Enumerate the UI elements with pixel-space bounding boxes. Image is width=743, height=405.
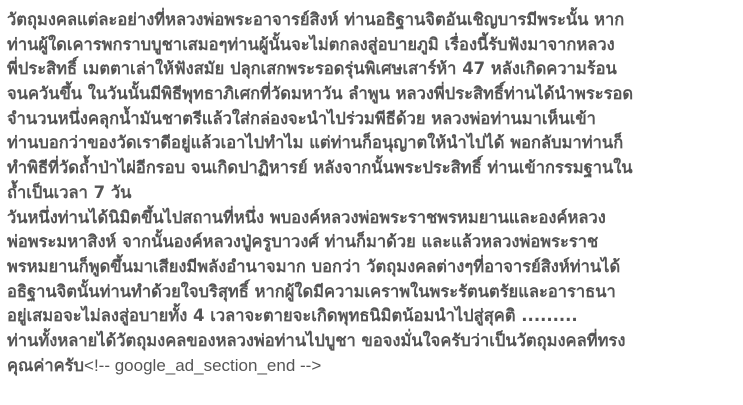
text-line: วัตถุมงคลแต่ละอย่างที่หลวงพ่อพระอาจารย์ส… [7, 8, 743, 33]
text-line: อธิฐานจิตนั้นท่านทำด้วยใจบริสุทธิ์ หากผู… [7, 280, 743, 305]
text-line: อยู่เสมอจะไม่ลงสู่อบายทั้ง 4 เวลาจะตายจะ… [7, 304, 743, 329]
text-line: จนควันขึ้น ในวันนั้นมีพิธีพุทธาภิเศกที่ว… [7, 82, 743, 107]
text-line: ทำพิธีที่วัดถ้ำป่าไผ่อีกรอบ จนเกิดปาฏิหา… [7, 156, 743, 181]
paragraph-2: วันหนึ่งท่านได้นิมิตขึ้นไปสถานที่หนึ่ง พ… [7, 206, 743, 379]
text-line: ท่านทั้งหลายได้วัตถุมงคลของหลวงพ่อท่านไป… [7, 329, 743, 354]
text-line: พรหมยานก็พูดขึ้นมาเสียงมีพลังอำนาจมาก บอ… [7, 255, 743, 280]
text-line: ถ้ำเป็นเวลา 7 วัน [7, 181, 743, 206]
paragraph-1: วัตถุมงคลแต่ละอย่างที่หลวงพ่อพระอาจารย์ส… [7, 8, 743, 206]
closing-text: คุณค่าครับ [7, 356, 84, 375]
text-line: พี่ประสิทธิ์ เมตตาเล่าให้ฟังสมัย ปลุกเสก… [7, 57, 743, 82]
text-line: วันหนึ่งท่านได้นิมิตขึ้นไปสถานที่หนึ่ง พ… [7, 206, 743, 231]
text-line: พ่อพระมหาสิงห์ จากนั้นองค์หลวงปู่ครูบาวง… [7, 230, 743, 255]
ad-section-comment-text: <!-- google_ad_section_end --> [84, 356, 321, 375]
article-body: วัตถุมงคลแต่ละอย่างที่หลวงพ่อพระอาจารย์ส… [7, 8, 743, 378]
text-line: ท่านบอกว่าของวัดเราดีอยู่แล้วเอาไปทำไม แ… [7, 131, 743, 156]
last-line: คุณค่าครับ<!-- google_ad_section_end --> [7, 354, 743, 379]
text-line: ท่านผู้ใดเคารพกราบบูชาเสมอๆท่านผู้นั้นจะ… [7, 33, 743, 58]
text-line: จำนวนหนึ่งคลุกน้ำมันชาตรีแล้วใส่กล่องจะน… [7, 107, 743, 132]
